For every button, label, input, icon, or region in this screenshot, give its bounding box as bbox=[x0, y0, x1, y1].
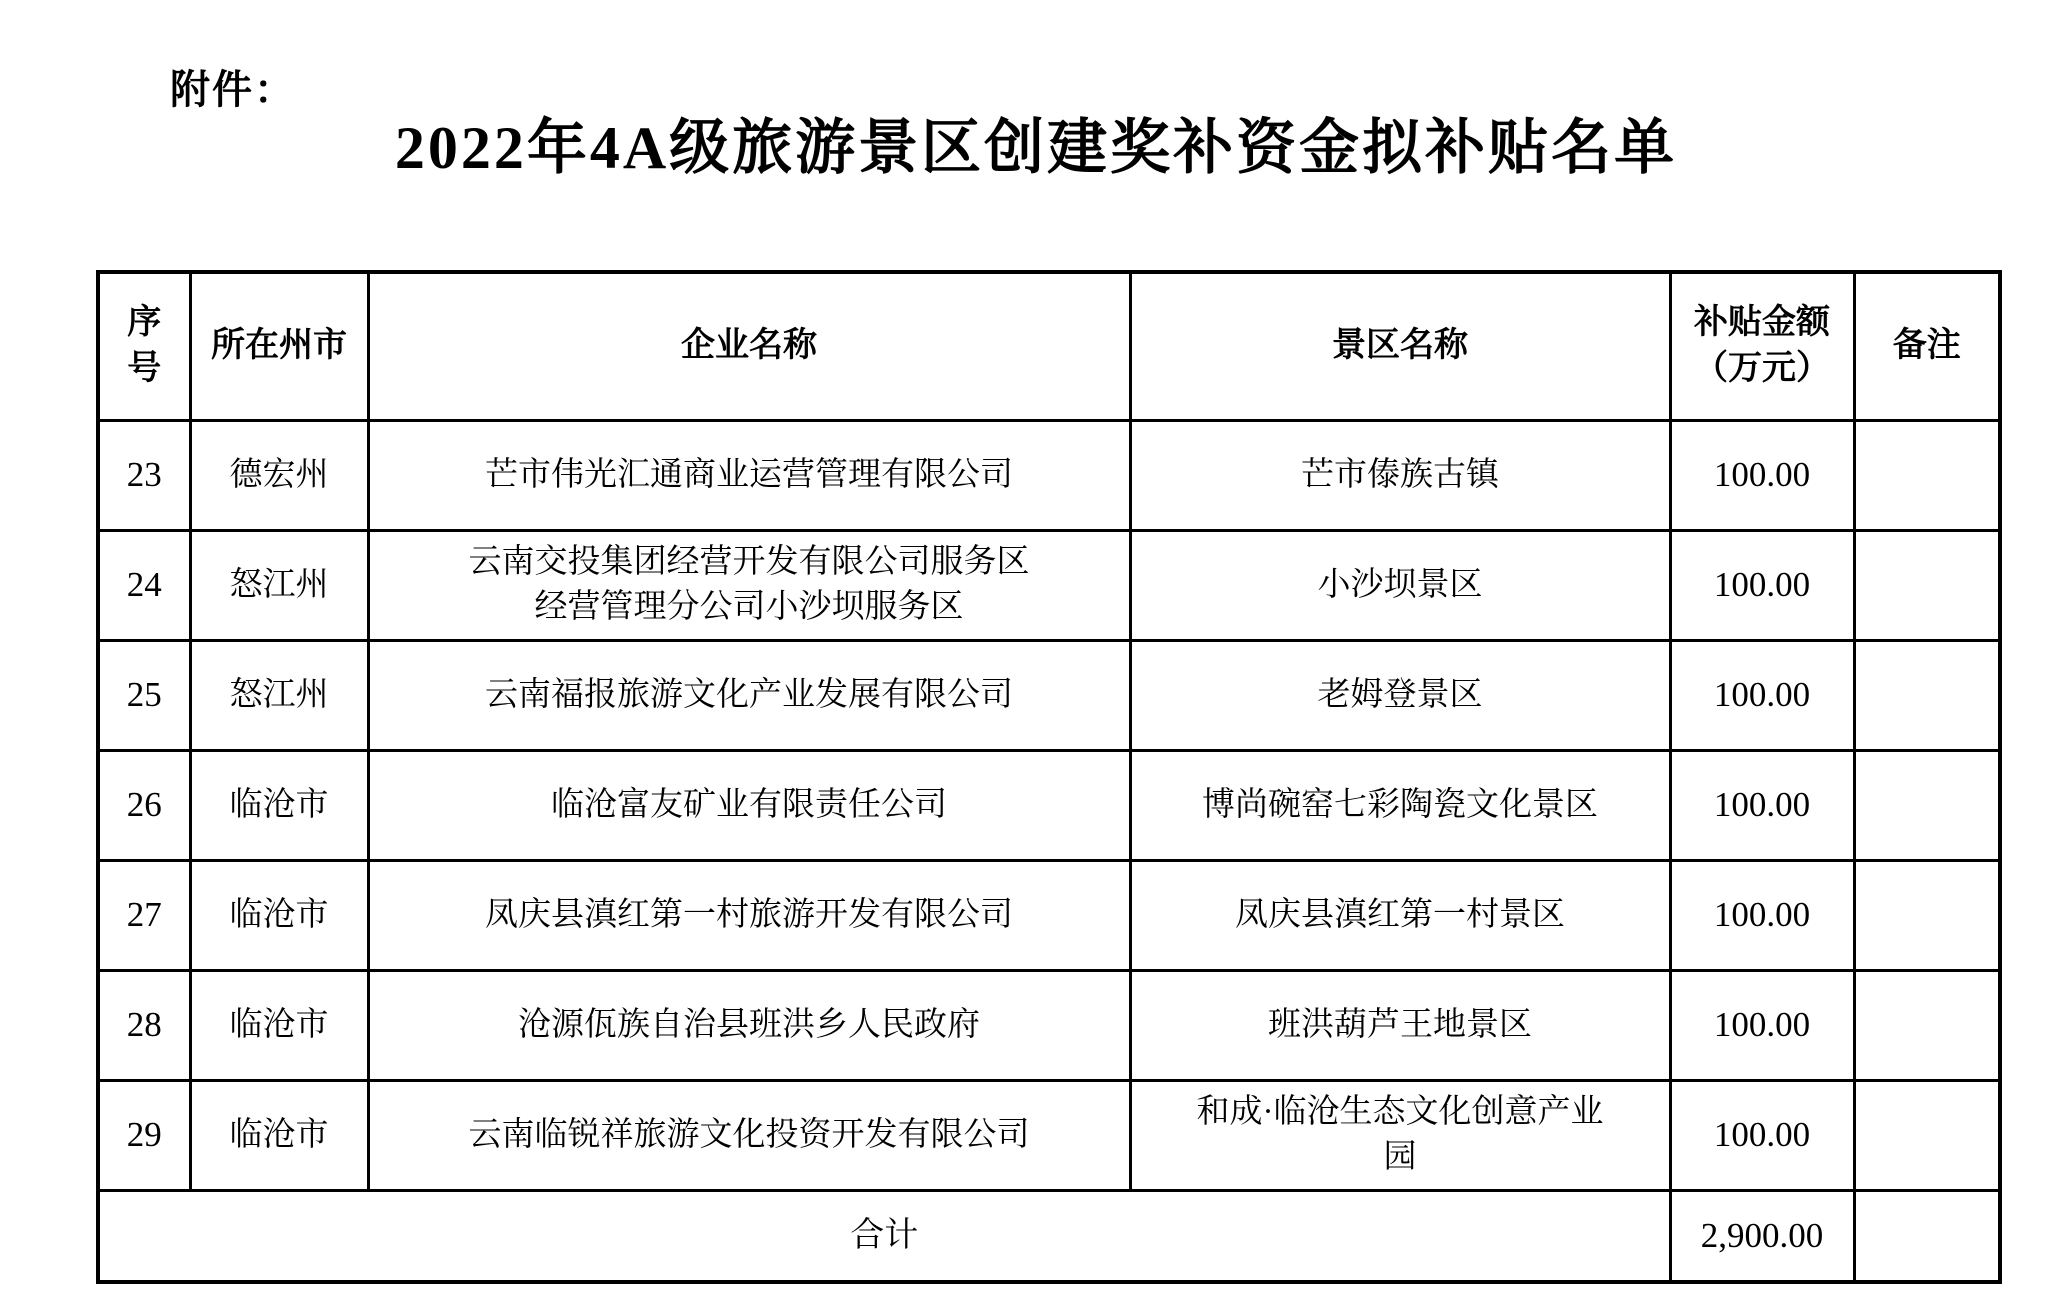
total-remark bbox=[1854, 1190, 2000, 1282]
cell-prefecture: 怒江州 bbox=[190, 640, 368, 750]
cell-scenic-area-name: 和成·临沧生态文化创意产业 园 bbox=[1130, 1080, 1670, 1190]
cell-scenic-area-name: 芒市傣族古镇 bbox=[1130, 420, 1670, 530]
cell-scenic-area-name: 小沙坝景区 bbox=[1130, 530, 1670, 640]
table-row: 28 临沧市 沧源佤族自治县班洪乡人民政府 班洪葫芦王地景区 100.00 bbox=[98, 970, 2000, 1080]
cell-remarks bbox=[1854, 970, 2000, 1080]
table-row: 24 怒江州 云南交投集团经营开发有限公司服务区 经营管理分公司小沙坝服务区 小… bbox=[98, 530, 2000, 640]
cell-company-name: 云南福报旅游文化产业发展有限公司 bbox=[368, 640, 1130, 750]
cell-subsidy-amount: 100.00 bbox=[1670, 640, 1854, 750]
cell-prefecture: 临沧市 bbox=[190, 860, 368, 970]
header-seq-no: 序 号 bbox=[98, 272, 190, 420]
cell-scenic-area-name: 博尚碗窑七彩陶瓷文化景区 bbox=[1130, 750, 1670, 860]
cell-subsidy-amount: 100.00 bbox=[1670, 750, 1854, 860]
table-row: 25 怒江州 云南福报旅游文化产业发展有限公司 老姆登景区 100.00 bbox=[98, 640, 2000, 750]
cell-remarks bbox=[1854, 420, 2000, 530]
cell-prefecture: 临沧市 bbox=[190, 750, 368, 860]
cell-prefecture: 临沧市 bbox=[190, 1080, 368, 1190]
cell-company-name: 云南临锐祥旅游文化投资开发有限公司 bbox=[368, 1080, 1130, 1190]
header-remarks: 备注 bbox=[1854, 272, 2000, 420]
cell-scenic-area-name: 凤庆县滇红第一村景区 bbox=[1130, 860, 1670, 970]
header-subsidy-amount: 补贴金额 （万元） bbox=[1670, 272, 1854, 420]
cell-remarks bbox=[1854, 640, 2000, 750]
cell-seq-no: 26 bbox=[98, 750, 190, 860]
cell-remarks bbox=[1854, 530, 2000, 640]
page-title: 2022年4A级旅游景区创建奖补资金拟补贴名单 bbox=[10, 100, 2048, 186]
cell-seq-no: 25 bbox=[98, 640, 190, 750]
cell-seq-no: 23 bbox=[98, 420, 190, 530]
cell-subsidy-amount: 100.00 bbox=[1670, 1080, 1854, 1190]
total-amount: 2,900.00 bbox=[1670, 1190, 1854, 1282]
table-row: 23 德宏州 芒市伟光汇通商业运营管理有限公司 芒市傣族古镇 100.00 bbox=[98, 420, 2000, 530]
cell-company-name: 凤庆县滇红第一村旅游开发有限公司 bbox=[368, 860, 1130, 970]
cell-company-name: 临沧富友矿业有限责任公司 bbox=[368, 750, 1130, 860]
document-page: 附件： 2022年4A级旅游景区创建奖补资金拟补贴名单 序 号 所在州市 企业名… bbox=[0, 0, 2048, 1296]
cell-scenic-area-name: 班洪葫芦王地景区 bbox=[1130, 970, 1670, 1080]
cell-remarks bbox=[1854, 750, 2000, 860]
cell-seq-no: 24 bbox=[98, 530, 190, 640]
cell-subsidy-amount: 100.00 bbox=[1670, 860, 1854, 970]
cell-prefecture: 德宏州 bbox=[190, 420, 368, 530]
cell-seq-no: 27 bbox=[98, 860, 190, 970]
cell-seq-no: 29 bbox=[98, 1080, 190, 1190]
cell-company-name: 云南交投集团经营开发有限公司服务区 经营管理分公司小沙坝服务区 bbox=[368, 530, 1130, 640]
cell-prefecture: 临沧市 bbox=[190, 970, 368, 1080]
header-scenic-area-name: 景区名称 bbox=[1130, 272, 1670, 420]
header-company-name: 企业名称 bbox=[368, 272, 1130, 420]
cell-remarks bbox=[1854, 1080, 2000, 1190]
cell-company-name: 芒市伟光汇通商业运营管理有限公司 bbox=[368, 420, 1130, 530]
cell-seq-no: 28 bbox=[98, 970, 190, 1080]
header-row: 序 号 所在州市 企业名称 景区名称 补贴金额 （万元） 备注 bbox=[98, 272, 2000, 420]
header-prefecture: 所在州市 bbox=[190, 272, 368, 420]
cell-subsidy-amount: 100.00 bbox=[1670, 970, 1854, 1080]
cell-subsidy-amount: 100.00 bbox=[1670, 530, 1854, 640]
subsidy-table: 序 号 所在州市 企业名称 景区名称 补贴金额 （万元） 备注 23 德宏州 芒… bbox=[96, 270, 2002, 1284]
table-row: 27 临沧市 凤庆县滇红第一村旅游开发有限公司 凤庆县滇红第一村景区 100.0… bbox=[98, 860, 2000, 970]
table-row: 29 临沧市 云南临锐祥旅游文化投资开发有限公司 和成·临沧生态文化创意产业 园… bbox=[98, 1080, 2000, 1190]
cell-scenic-area-name: 老姆登景区 bbox=[1130, 640, 1670, 750]
table-row: 26 临沧市 临沧富友矿业有限责任公司 博尚碗窑七彩陶瓷文化景区 100.00 bbox=[98, 750, 2000, 860]
total-row: 合计 2,900.00 bbox=[98, 1190, 2000, 1282]
table-body: 23 德宏州 芒市伟光汇通商业运营管理有限公司 芒市傣族古镇 100.00 24… bbox=[98, 420, 2000, 1190]
cell-remarks bbox=[1854, 860, 2000, 970]
cell-company-name: 沧源佤族自治县班洪乡人民政府 bbox=[368, 970, 1130, 1080]
cell-prefecture: 怒江州 bbox=[190, 530, 368, 640]
total-label: 合计 bbox=[98, 1190, 1670, 1282]
cell-subsidy-amount: 100.00 bbox=[1670, 420, 1854, 530]
